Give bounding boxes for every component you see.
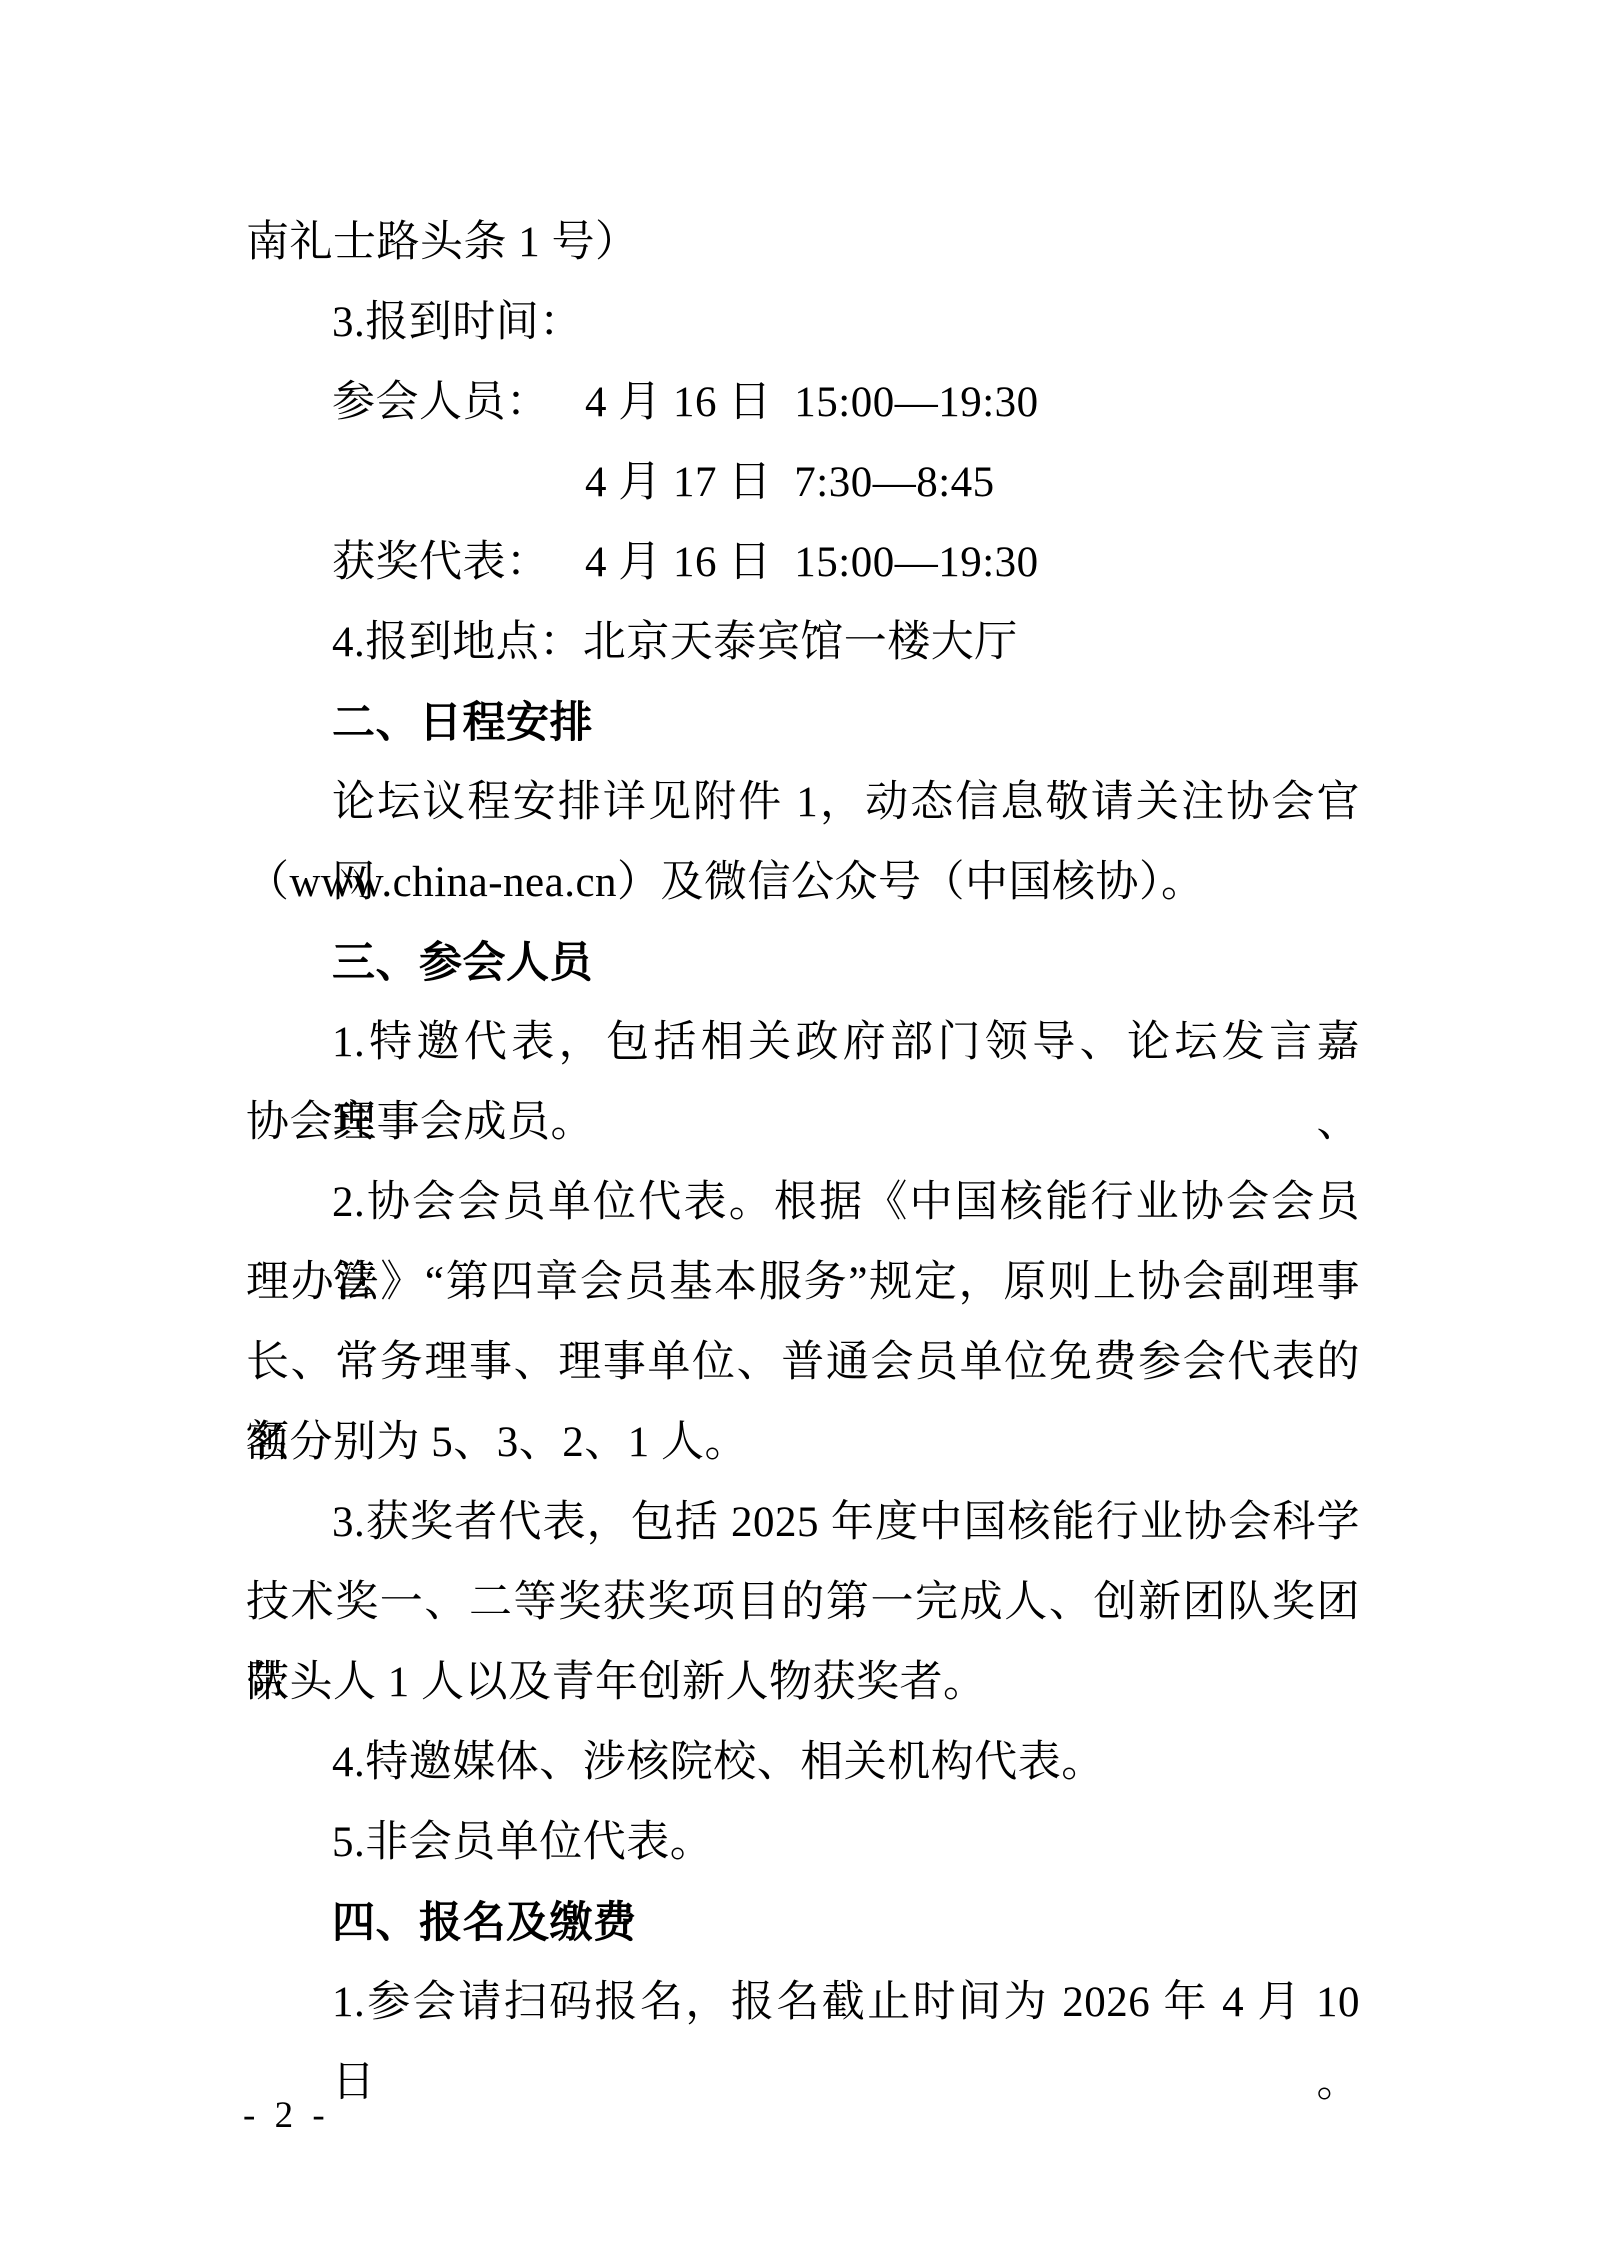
text-line-address-continuation: 南礼士路头条 1 号） bbox=[246, 203, 1360, 283]
text-line-participants-2d: 额分别为 5、3、2、1 人。 bbox=[246, 1403, 1360, 1483]
text-line-checkin-time-label: 3.报到时间： bbox=[246, 283, 1360, 363]
attendee-time-2: 4 月 17 日 7:30—8:45 bbox=[585, 459, 995, 506]
text-line-participants-4: 4.特邀媒体、涉核院校、相关机构代表。 bbox=[246, 1723, 1360, 1803]
text-line-participants-2a: 2.协会会员单位代表。根据《中国核能行业协会会员管 bbox=[246, 1163, 1360, 1243]
awardee-time: 4 月 16 日 15:00—19:30 bbox=[585, 539, 1039, 586]
text-line-awardee-checkin: 获奖代表：4 月 16 日 15:00—19:30 bbox=[246, 523, 1360, 603]
attendee-time-1: 4 月 16 日 15:00—19:30 bbox=[585, 379, 1039, 426]
text-line-registration-1: 1.参会请扫码报名，报名截止时间为 2026 年 4 月 10 日。 bbox=[246, 1963, 1360, 2043]
text-line-participants-3a: 3.获奖者代表，包括 2025 年度中国核能行业协会科学 bbox=[246, 1483, 1360, 1563]
section-heading-schedule: 二、日程安排 bbox=[246, 683, 1360, 763]
text-line-checkin-location: 4.报到地点：北京天泰宾馆一楼大厅 bbox=[246, 603, 1360, 683]
text-line-participants-1a: 1.特邀代表，包括相关政府部门领导、论坛发言嘉宾、 bbox=[246, 1003, 1360, 1083]
attendee-label: 参会人员： bbox=[332, 363, 585, 443]
text-line-participants-2c: 长、常务理事、理事单位、普通会员单位免费参会代表的名 bbox=[246, 1323, 1360, 1403]
section-heading-registration: 四、报名及缴费 bbox=[246, 1883, 1360, 1963]
text-line-agenda-2-website: （www.china-nea.cn）及微信公众号（中国核协）。 bbox=[246, 843, 1360, 923]
text-line-participants-3b: 技术奖一、二等奖获奖项目的第一完成人、创新团队奖团队 bbox=[246, 1563, 1360, 1643]
text-line-attendee-time-2: 4 月 17 日 7:30—8:45 bbox=[246, 443, 1360, 523]
section-heading-participants: 三、参会人员 bbox=[246, 923, 1360, 1003]
text-line-agenda-1: 论坛议程安排详见附件 1，动态信息敬请关注协会官网 bbox=[246, 763, 1360, 843]
text-line-participants-5: 5.非会员单位代表。 bbox=[246, 1803, 1360, 1883]
document-page-body: 南礼士路头条 1 号） 3.报到时间： 参会人员：4 月 16 日 15:00—… bbox=[246, 203, 1360, 2043]
text-line-attendee-checkin: 参会人员：4 月 16 日 15:00—19:30 bbox=[246, 363, 1360, 443]
page-number: - 2 - bbox=[243, 2093, 330, 2139]
text-line-participants-3c: 带头人 1 人以及青年创新人物获奖者。 bbox=[246, 1643, 1360, 1723]
awardee-label: 获奖代表： bbox=[332, 523, 585, 603]
text-line-participants-2b: 理办法》“第四章会员基本服务”规定，原则上协会副理事 bbox=[246, 1243, 1360, 1323]
